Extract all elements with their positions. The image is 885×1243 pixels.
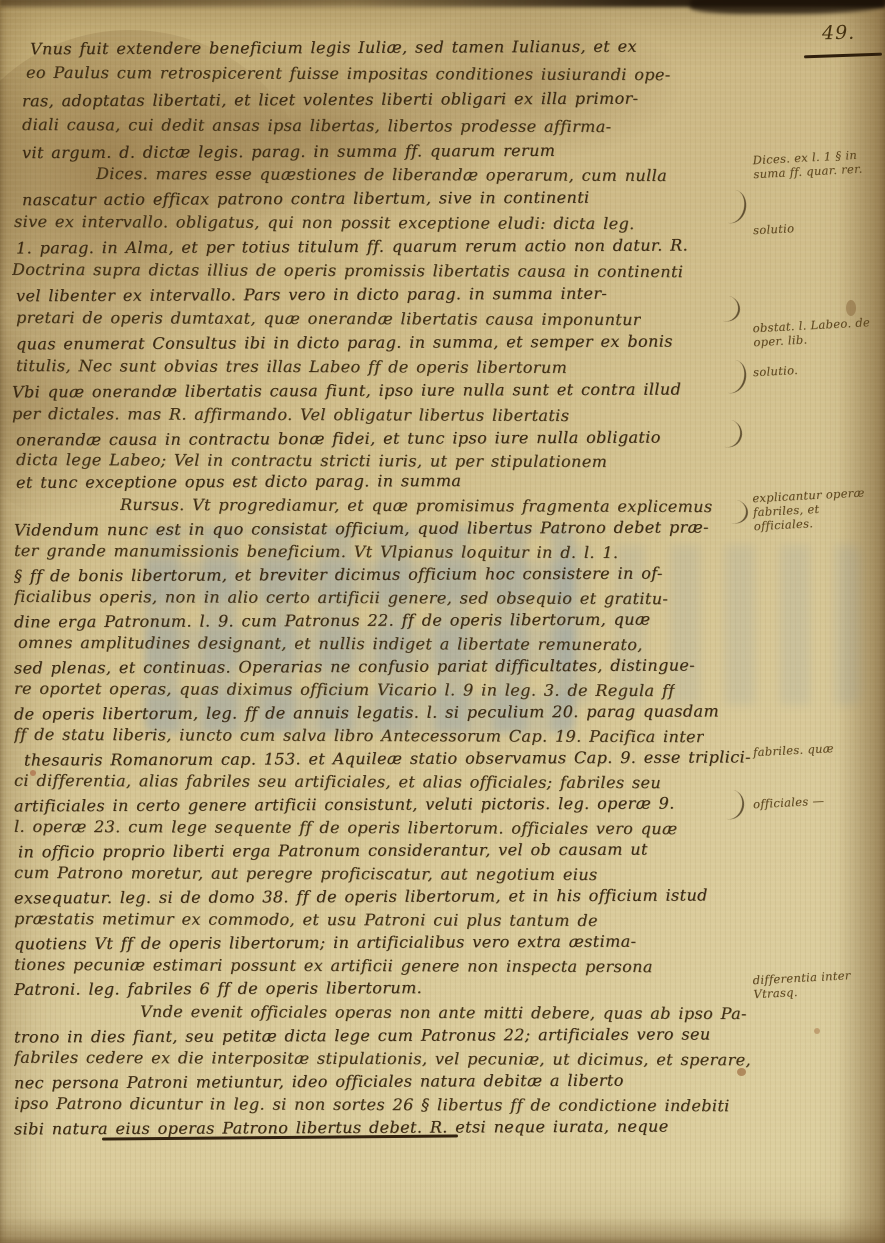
manuscript-line: Doctrina supra dictas illius de operis p… — [12, 258, 683, 283]
manuscript-line: cum Patrono moretur, aut peregre profici… — [14, 861, 598, 886]
manuscript-line: dine erga Patronum. l. 9. cum Patronus 2… — [14, 608, 651, 634]
manuscript-line: exsequatur. leg. si de domo 38. ff de op… — [14, 883, 708, 909]
margin-note: explicantur operæ fabriles, et officiale… — [752, 485, 880, 534]
manuscript-body: Vnus fuit extendere beneficium legis Iul… — [0, 0, 885, 1243]
manuscript-line: vit argum. d. dictæ legis. parag. in sum… — [22, 139, 555, 164]
manuscript-line: eo Paulus cum retrospicerent fuisse impo… — [26, 61, 671, 86]
manuscript-line: omnes amplitudines designant, et nullis … — [18, 631, 643, 656]
manuscript-line: Vnus fuit extendere beneficium legis Iul… — [30, 35, 637, 61]
manuscript-line: trono in dies fiant, seu petitæ dicta le… — [14, 1022, 711, 1048]
manuscript-line: l. operæ 23. cum lege sequente ff de ope… — [14, 815, 678, 840]
manuscript-line: § ff de bonis libertorum, et breviter di… — [14, 562, 663, 588]
manuscript-line: de operis libertorum, leg. ff de annuis … — [14, 699, 719, 725]
manuscript-line: ras, adoptatas libertati, et licet volen… — [22, 87, 639, 113]
manuscript-line: ter grande manumissionis beneficium. Vt … — [14, 539, 618, 564]
manuscript-page: 49. Vnus fuit extendere beneficium legis… — [0, 0, 885, 1243]
manuscript-line: et tunc exceptione opus est dicto parag.… — [16, 469, 461, 494]
manuscript-line: 1. parag. in Alma, et per totius titulum… — [16, 234, 688, 260]
manuscript-line: titulis, Nec sunt obvias tres illas Labe… — [16, 354, 567, 379]
manuscript-line: sive ex intervallo. obligatus, qui non p… — [14, 210, 635, 235]
manuscript-line: Dices. mares esse quæstiones de liberand… — [96, 162, 667, 187]
manuscript-line: nascatur actio efficax patrono contra li… — [22, 186, 590, 211]
manuscript-line: ci differentia, alias fabriles seu artif… — [14, 769, 661, 794]
manuscript-line: Patroni. leg. fabriles 6 ff de operis li… — [14, 976, 422, 1001]
manuscript-line: Videndum nunc est in quo consistat offic… — [14, 515, 709, 541]
manuscript-line: Vnde evenit officiales operas non ante m… — [140, 1000, 747, 1025]
manuscript-line: Vbi quæ onerandæ libertatis causa fiunt,… — [12, 378, 681, 404]
manuscript-line: nec persona Patroni metiuntur, ideo offi… — [14, 1069, 624, 1095]
manuscript-line: fabriles cedere ex die interpositæ stipu… — [14, 1046, 751, 1072]
manuscript-line: sed plenas, et continuas. Operarias ne c… — [14, 654, 695, 680]
manuscript-line: tiones pecuniæ estimari possunt ex artif… — [14, 953, 653, 978]
manuscript-line: ficialibus operis, non in alio certo art… — [14, 585, 668, 610]
manuscript-line: ff de statu liberis, iuncto cum salva li… — [14, 723, 704, 748]
manuscript-line: pretari de operis dumtaxat, quæ onerandæ… — [16, 306, 641, 331]
manuscript-line: artificiales in certo genere artificii c… — [14, 792, 675, 818]
manuscript-line: re oportet operas, quas diximus officium… — [14, 677, 675, 702]
manuscript-line: diali causa, cui dedit ansas ipsa libert… — [22, 113, 612, 138]
manuscript-line: quas enumerat Consultus ibi in dicto par… — [16, 330, 673, 356]
manuscript-line: per dictales. mas R. affirmando. Vel obl… — [12, 402, 569, 427]
manuscript-line: in officio proprio liberti erga Patronum… — [18, 838, 648, 864]
manuscript-line: præstatis metimur ex commodo, et usu Pat… — [14, 907, 598, 932]
manuscript-line: Rursus. Vt progrediamur, et quæ promisim… — [120, 493, 713, 518]
manuscript-line: vel libenter ex intervallo. Pars vero in… — [16, 282, 607, 308]
manuscript-line: ipso Patrono dicuntur in leg. si non sor… — [14, 1092, 730, 1117]
manuscript-line: thesauris Romanorum cap. 153. et Aquileæ… — [24, 745, 751, 771]
manuscript-line: quotiens Vt ff de operis libertorum; in … — [14, 930, 637, 956]
